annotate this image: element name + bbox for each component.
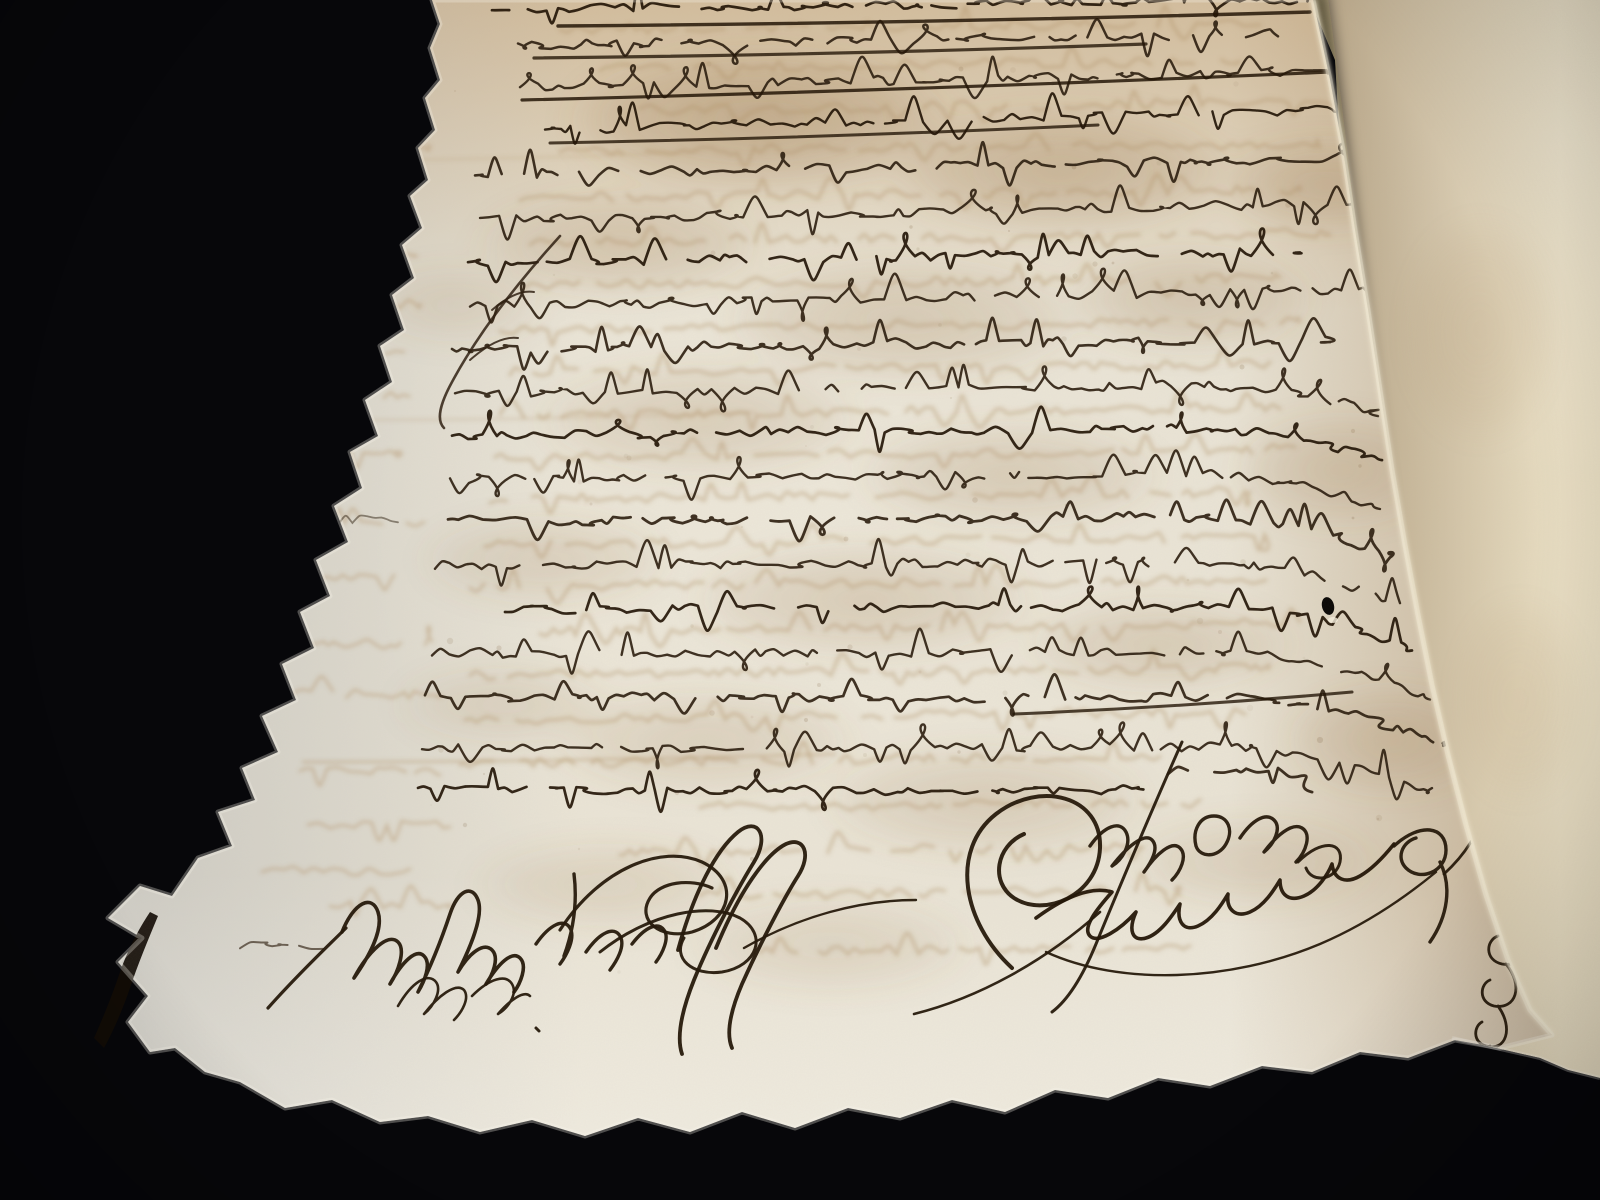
manuscript-scene <box>0 0 1600 1200</box>
photo-vignette <box>0 0 1600 1200</box>
manuscript-photo: Photograph of an antique handwritten man… <box>0 0 1600 1200</box>
